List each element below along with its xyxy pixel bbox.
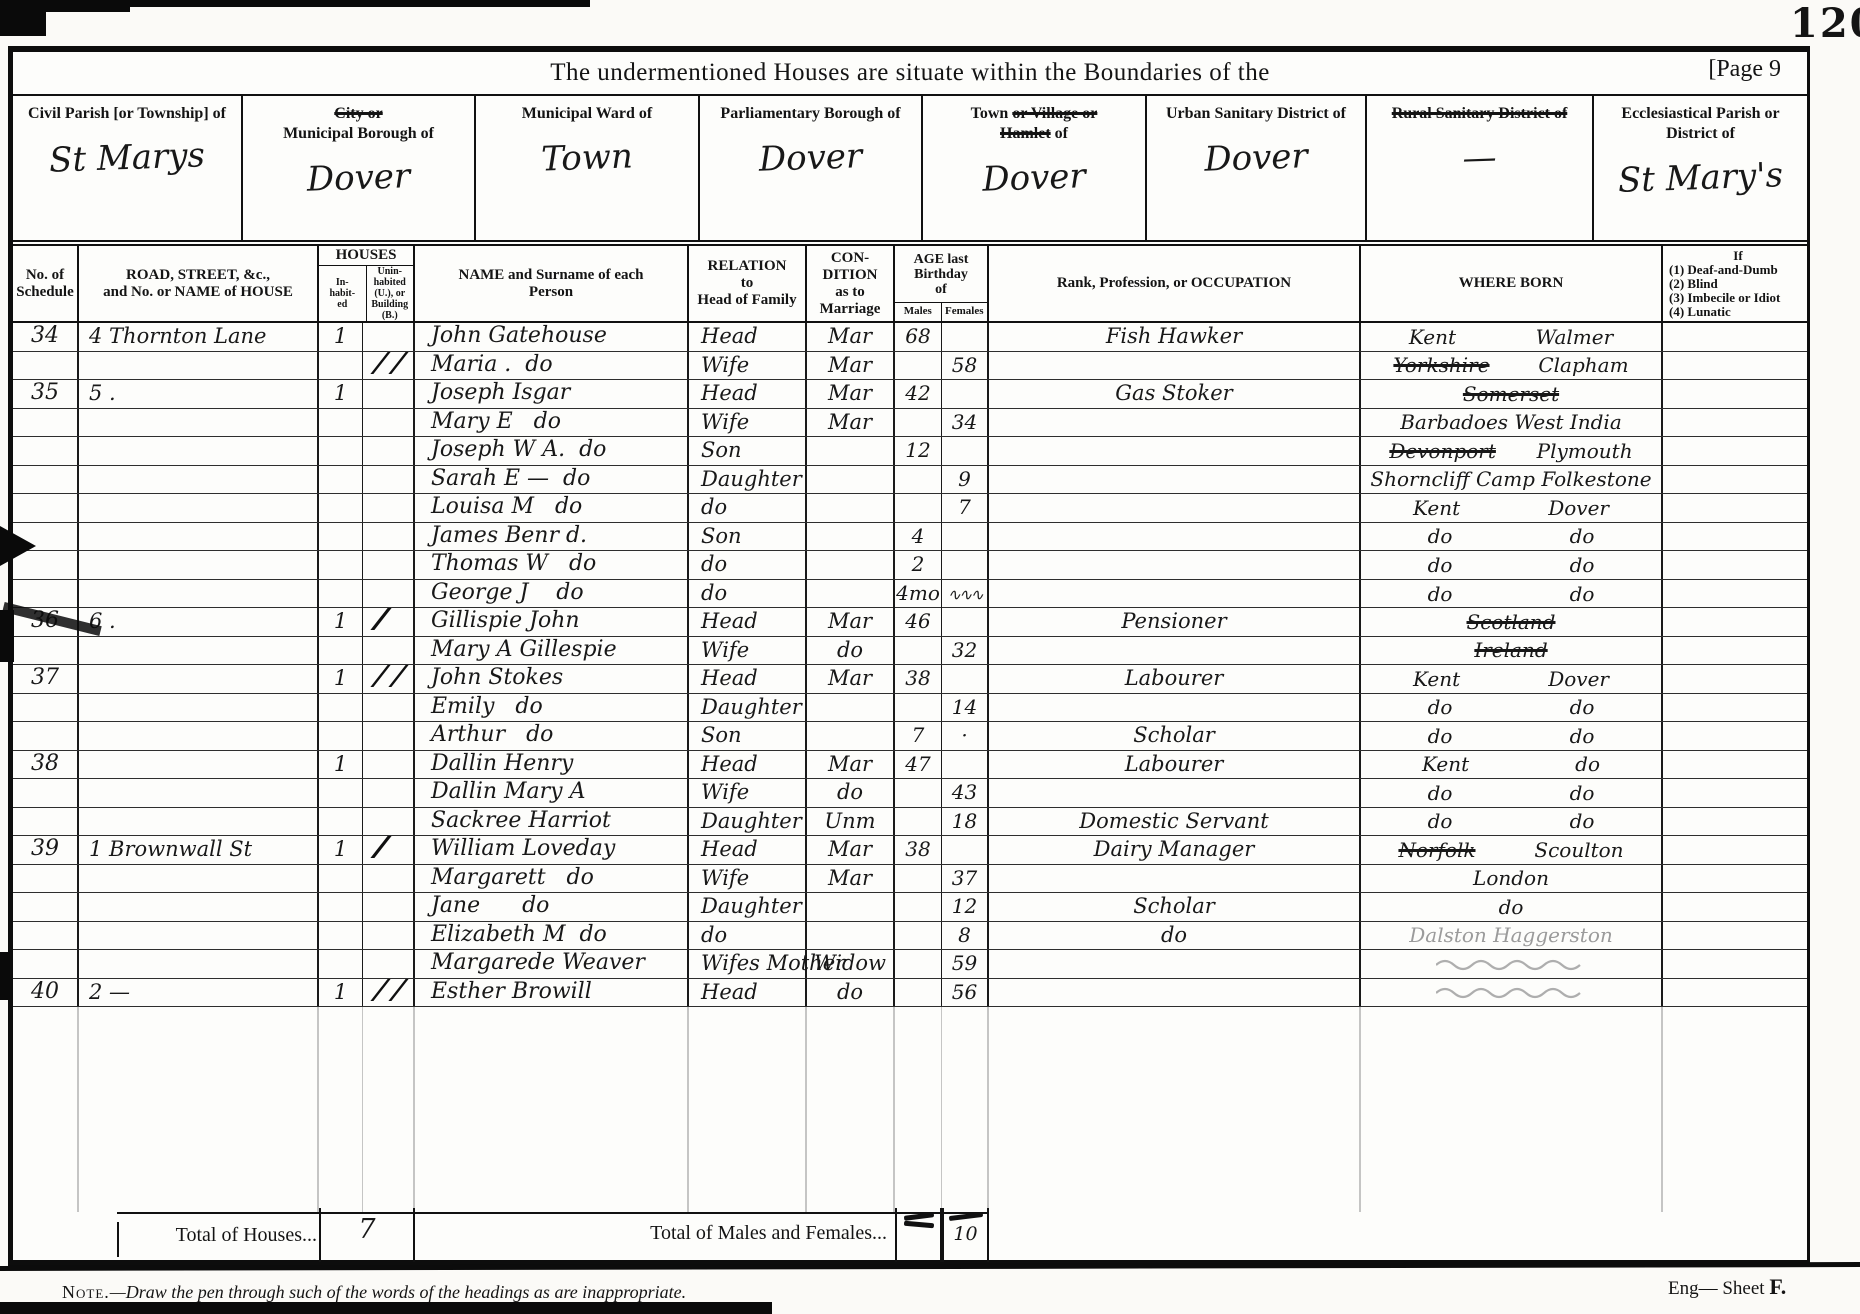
district-cell-5: Urban Sanitary District ofDover — [1147, 96, 1367, 240]
uninhabited-cell — [363, 380, 415, 408]
table-row: 355 .1Joseph IsgarHeadMar42Gas StokerSom… — [13, 380, 1807, 409]
table-row: 344 Thornton Lane1John GatehouseHeadMar6… — [13, 323, 1807, 352]
road-cell: 1 Brownwall St — [79, 836, 319, 864]
district-label-line: District of — [1594, 124, 1807, 144]
district-cell-1: City orMunicipal Borough ofDover — [243, 96, 476, 240]
district-cell-6: Rural Sanitary District of— — [1367, 96, 1594, 240]
relation-cell: Wife — [689, 865, 807, 893]
condition-cell — [807, 580, 895, 608]
age-female-cell: 43 — [942, 779, 989, 807]
road-cell — [79, 637, 319, 665]
condition-cell — [807, 494, 895, 522]
banner: The undermentioned Houses are situate wi… — [13, 52, 1807, 96]
inhabited-cell: 1 — [319, 380, 363, 408]
col-condition-header: CON-DITIONas toMarriage — [807, 246, 895, 321]
schedule-cell: 40 — [13, 979, 79, 1007]
inhabited-cell: 1 — [319, 751, 363, 779]
infirmity-cell — [1663, 808, 1807, 836]
road-cell — [79, 580, 319, 608]
uninhabited-cell — [363, 865, 415, 893]
schedule-cell: 37 — [13, 665, 79, 693]
infirmity-cell — [1663, 352, 1807, 380]
col-houses-header: HOUSES In-habit-ed Unin-habited(U.), orB… — [319, 246, 415, 321]
age-male-cell: 47 — [895, 751, 942, 779]
occupation-cell — [989, 551, 1361, 579]
age-female-cell: 58 — [942, 352, 989, 380]
name-cell: Louisa M do — [415, 494, 689, 522]
age-male-cell: 4 — [895, 523, 942, 551]
name-cell: Emily do — [415, 694, 689, 722]
occupation-cell: Scholar — [989, 893, 1361, 921]
uninhabited-cell — [363, 722, 415, 750]
district-cell-label: Urban Sanitary District of — [1147, 104, 1365, 124]
name-cell: John Stokes — [415, 665, 689, 693]
name-cell: Margarede Weaver — [415, 950, 689, 978]
inhabited-cell — [319, 551, 363, 579]
corner-page-number: 120 — [1790, 0, 1860, 47]
occupation-cell — [989, 466, 1361, 494]
whereborn-cell: dodo — [1361, 779, 1663, 807]
col-females-header: Females — [942, 303, 988, 321]
inhabited-cell — [319, 950, 363, 978]
condition-cell: Mar — [807, 352, 895, 380]
page-label: [Page 9 — [1708, 56, 1781, 83]
whereborn-cell: dodo — [1361, 523, 1663, 551]
inhabited-cell — [319, 893, 363, 921]
age-female-cell: 14 — [942, 694, 989, 722]
condition-cell — [807, 523, 895, 551]
col-uninhabited-header: Unin-habited(U.), orBuilding(B.) — [367, 266, 414, 321]
col-occupation-header: Rank, Profession, or OCCUPATION — [989, 246, 1361, 321]
relation-cell: Wife — [689, 779, 807, 807]
uninhabited-cell — [363, 580, 415, 608]
condition-cell: Mar — [807, 665, 895, 693]
infirmity-cell — [1663, 979, 1807, 1007]
inhabited-cell — [319, 466, 363, 494]
age-female-cell: 59 — [942, 950, 989, 978]
age-male-cell: 68 — [895, 323, 942, 351]
age-male-cell — [895, 352, 942, 380]
whereborn-cell: Kentdo — [1361, 751, 1663, 779]
sheet-label: Eng— Sheet F. — [1668, 1274, 1786, 1300]
blank-column-f — [942, 1007, 989, 1212]
relation-cell: do — [689, 580, 807, 608]
name-cell: Joseph W A. do — [415, 437, 689, 465]
district-label-line: Hamlet of — [923, 124, 1145, 144]
footnote: Note.—Draw the pen through such of the w… — [62, 1282, 686, 1303]
inhabited-cell: 1 — [319, 836, 363, 864]
uninhabited-cell — [363, 523, 415, 551]
whereborn-cell: London — [1361, 865, 1663, 893]
col-males-header: Males — [895, 303, 942, 321]
road-cell: 6 . — [79, 608, 319, 636]
table-row: 366 .1Gillispie JohnHeadMar46PensionerSc… — [13, 608, 1807, 637]
relation-cell: Daughter — [689, 808, 807, 836]
uninhabited-cell — [363, 494, 415, 522]
uninhabited-cell — [363, 637, 415, 665]
infirmity-cell — [1663, 779, 1807, 807]
district-cell-value: Dover — [922, 154, 1145, 202]
district-cell-label: Municipal Ward of — [476, 104, 698, 124]
name-cell: Maria . do — [415, 352, 689, 380]
district-cell-value: St Mary's — [1593, 154, 1807, 201]
infirmity-cell — [1663, 494, 1807, 522]
schedule-cell — [13, 409, 79, 437]
uninhabited-cell — [363, 893, 415, 921]
whereborn-cell: NorfolkScoulton — [1361, 836, 1663, 864]
table-row: Margarett doWifeMar37London — [13, 865, 1807, 894]
table-row: Dallin Mary AWifedo43dodo — [13, 779, 1807, 808]
age-female-cell: · — [942, 722, 989, 750]
age-male-cell: 38 — [895, 836, 942, 864]
inhabited-cell: 1 — [319, 323, 363, 351]
total-houses-value: 7 — [319, 1208, 415, 1262]
age-female-cell — [942, 437, 989, 465]
infirmity-cell — [1663, 865, 1807, 893]
relation-cell: Head — [689, 323, 807, 351]
age-male-cell — [895, 808, 942, 836]
whereborn-cell: Somerset — [1361, 380, 1663, 408]
infirmity-cell — [1663, 893, 1807, 921]
condition-cell — [807, 551, 895, 579]
scan-streak-top — [130, 0, 590, 7]
relation-cell: Head — [689, 836, 807, 864]
pencil-scribble — [1436, 956, 1586, 972]
age-male-cell — [895, 694, 942, 722]
occupation-cell: Domestic Servant — [989, 808, 1361, 836]
district-cell-value: Dover — [1146, 134, 1365, 182]
condition-cell — [807, 922, 895, 950]
infirmity-cell — [1663, 751, 1807, 779]
road-cell — [79, 779, 319, 807]
condition-cell: Mar — [807, 865, 895, 893]
inhabited-cell — [319, 580, 363, 608]
age-female-cell: 32 — [942, 637, 989, 665]
blank-column-m — [895, 1007, 942, 1212]
schedule-cell — [13, 722, 79, 750]
uninhabited-cell — [363, 466, 415, 494]
occupation-cell — [989, 409, 1361, 437]
table-row: Maria . doWifeMar58YorkshireClapham — [13, 352, 1807, 381]
schedule-cell — [13, 352, 79, 380]
inhabited-cell — [319, 808, 363, 836]
table-body: 344 Thornton Lane1John GatehouseHeadMar6… — [13, 323, 1807, 1007]
occupation-cell: Fish Hawker — [989, 323, 1361, 351]
name-cell: John Gatehouse — [415, 323, 689, 351]
scan-marks-left — [0, 952, 10, 1000]
infirmity-cell — [1663, 437, 1807, 465]
table-row: 381Dallin HenryHeadMar47LabourerKentdo — [13, 751, 1807, 780]
name-cell: Mary E do — [415, 409, 689, 437]
age-male-cell — [895, 409, 942, 437]
age-male-cell: 42 — [895, 380, 942, 408]
col-schedule-header: No. of Schedule — [13, 246, 79, 321]
schedule-cell: 34 — [13, 323, 79, 351]
infirmity-cell — [1663, 551, 1807, 579]
condition-cell: do — [807, 979, 895, 1007]
whereborn-cell: KentDover — [1361, 665, 1663, 693]
age-female-cell: 56 — [942, 979, 989, 1007]
age-female-cell — [942, 551, 989, 579]
road-cell — [79, 523, 319, 551]
inhabited-cell — [319, 352, 363, 380]
district-label-line: Rural Sanitary District of — [1367, 104, 1592, 124]
infirmity-cell — [1663, 836, 1807, 864]
schedule-cell: 38 — [13, 751, 79, 779]
occupation-cell: Gas Stoker — [989, 380, 1361, 408]
uninhabited-cell — [363, 751, 415, 779]
infirmity-cell — [1663, 665, 1807, 693]
table-row: Joseph W A. doSon12DevonportPlymouth — [13, 437, 1807, 466]
relation-cell: Head — [689, 751, 807, 779]
schedule-cell: 39 — [13, 836, 79, 864]
total-mf-label: Total of Males and Females... — [415, 1222, 893, 1245]
road-cell — [79, 865, 319, 893]
table-row: Mary A GillespieWifedo32Ireland — [13, 637, 1807, 666]
relation-cell: Wife — [689, 352, 807, 380]
district-label-line: Urban Sanitary District of — [1147, 104, 1365, 124]
age-male-cell — [895, 922, 942, 950]
road-cell — [79, 494, 319, 522]
occupation-cell — [989, 950, 1361, 978]
uninhabited-cell — [363, 922, 415, 950]
infirmity-cell — [1663, 323, 1807, 351]
name-cell: Dallin Mary A — [415, 779, 689, 807]
condition-cell: Mar — [807, 409, 895, 437]
inhabited-cell — [319, 437, 363, 465]
age-female-cell — [942, 323, 989, 351]
occupation-cell — [989, 779, 1361, 807]
whereborn-cell — [1361, 979, 1663, 1007]
condition-cell: Mar — [807, 323, 895, 351]
road-cell — [79, 808, 319, 836]
whereborn-cell — [1361, 950, 1663, 978]
occupation-cell: Pensioner — [989, 608, 1361, 636]
census-table-frame: The undermentioned Houses are situate wi… — [8, 46, 1810, 1266]
whereborn-cell: dodo — [1361, 694, 1663, 722]
condition-cell — [807, 722, 895, 750]
blank-column-name — [415, 1007, 689, 1212]
relation-cell: do — [689, 551, 807, 579]
uninhabited-cell — [363, 779, 415, 807]
age-male-cell — [895, 950, 942, 978]
name-cell: Mary A Gillespie — [415, 637, 689, 665]
total-females-tally: 10 — [942, 1208, 989, 1262]
name-cell: Jane do — [415, 893, 689, 921]
district-cell-3: Parliamentary Borough ofDover — [700, 96, 923, 240]
age-female-cell: 34 — [942, 409, 989, 437]
district-label-line: City or — [243, 104, 474, 124]
whereborn-cell: KentWalmer — [1361, 323, 1663, 351]
scan-strip-bottom — [0, 1302, 772, 1314]
schedule-cell — [13, 551, 79, 579]
whereborn-cell: Scotland — [1361, 608, 1663, 636]
col-whereborn-header: WHERE BORN — [1361, 246, 1663, 321]
occupation-cell — [989, 637, 1361, 665]
table-row: 371John StokesHeadMar38LabourerKentDover — [13, 665, 1807, 694]
whereborn-cell: Barbadoes West India — [1361, 409, 1663, 437]
relation-cell: Wife — [689, 637, 807, 665]
condition-cell — [807, 893, 895, 921]
schedule-cell — [13, 808, 79, 836]
whereborn-cell: YorkshireClapham — [1361, 352, 1663, 380]
schedule-cell — [13, 637, 79, 665]
infirmity-cell — [1663, 466, 1807, 494]
table-row: Arthur doSon7·Scholardodo — [13, 722, 1807, 751]
relation-cell: Son — [689, 437, 807, 465]
infirmity-cell — [1663, 637, 1807, 665]
inhabited-cell: 1 — [319, 608, 363, 636]
name-cell: James Benr d. — [415, 523, 689, 551]
relation-cell: Daughter — [689, 893, 807, 921]
condition-cell: Mar — [807, 751, 895, 779]
relation-cell: Daughter — [689, 694, 807, 722]
age-female-cell: 12 — [942, 893, 989, 921]
district-cell-value: Dover — [242, 154, 474, 202]
blank-column-inh — [319, 1007, 363, 1212]
district-cell-0: Civil Parish [or Township] ofSt Marys — [13, 96, 243, 240]
blank-column-occ — [989, 1007, 1361, 1212]
district-label-line: Parliamentary Borough of — [700, 104, 921, 124]
age-male-cell: 2 — [895, 551, 942, 579]
occupation-cell — [989, 580, 1361, 608]
road-cell — [79, 950, 319, 978]
uninhabited-cell — [363, 409, 415, 437]
table-row: George J dodo4mo∿∿∿dodo — [13, 580, 1807, 609]
infirmity-cell — [1663, 722, 1807, 750]
occupation-cell — [989, 494, 1361, 522]
age-female-cell — [942, 380, 989, 408]
table-row: James Benr d.Son4dodo — [13, 523, 1807, 552]
age-female-cell: 8 — [942, 922, 989, 950]
condition-cell: do — [807, 779, 895, 807]
district-cell-label: City orMunicipal Borough of — [243, 104, 474, 144]
whereborn-cell: Dalston Haggerston — [1361, 922, 1663, 950]
road-cell — [79, 352, 319, 380]
table-row: 402 —1Esther BrowillHeaddo56 — [13, 979, 1807, 1008]
age-female-cell: ∿∿∿ — [942, 580, 989, 608]
relation-cell: Daughter — [689, 466, 807, 494]
schedule-cell — [13, 893, 79, 921]
road-cell — [79, 551, 319, 579]
name-cell: Margarett do — [415, 865, 689, 893]
condition-cell: Unm — [807, 808, 895, 836]
occupation-cell: Labourer — [989, 751, 1361, 779]
occupation-cell: Labourer — [989, 665, 1361, 693]
infirmity-cell — [1663, 523, 1807, 551]
inhabited-cell — [319, 409, 363, 437]
condition-cell: Mar — [807, 836, 895, 864]
total-houses-label: Total of Houses... — [117, 1222, 317, 1257]
inhabited-cell — [319, 722, 363, 750]
relation-cell: Head — [689, 665, 807, 693]
relation-cell: Son — [689, 722, 807, 750]
infirmity-cell — [1663, 380, 1807, 408]
district-label-line: Ecclesiastical Parish or — [1594, 104, 1807, 124]
table-row: Elizabeth M dodo8doDalston Haggerston — [13, 922, 1807, 951]
table-row: Thomas W dodo2dodo — [13, 551, 1807, 580]
inhabited-cell — [319, 922, 363, 950]
schedule-cell — [13, 865, 79, 893]
inhabited-cell — [319, 694, 363, 722]
name-cell: Gillispie John — [415, 608, 689, 636]
whereborn-cell: dodo — [1361, 551, 1663, 579]
relation-cell: Head — [689, 608, 807, 636]
condition-cell: Widow — [807, 950, 895, 978]
district-cell-label: Ecclesiastical Parish orDistrict of — [1594, 104, 1807, 144]
district-cell-value: St Marys — [12, 134, 241, 182]
whereborn-cell: dodo — [1361, 808, 1663, 836]
inhabited-cell — [319, 523, 363, 551]
district-header: Civil Parish [or Township] ofSt MarysCit… — [13, 96, 1807, 242]
schedule-cell — [13, 494, 79, 522]
blank-column-born — [1361, 1007, 1663, 1212]
name-cell: Joseph Isgar — [415, 380, 689, 408]
road-cell — [79, 694, 319, 722]
relation-cell: Head — [689, 979, 807, 1007]
column-headers: No. of Schedule ROAD, STREET, &c., and N… — [13, 244, 1807, 323]
uninhabited-cell — [363, 694, 415, 722]
road-cell — [79, 665, 319, 693]
district-cell-7: Ecclesiastical Parish orDistrict ofSt Ma… — [1594, 96, 1807, 240]
age-male-cell — [895, 865, 942, 893]
scan-bar-left — [0, 610, 14, 662]
relation-cell: Wife — [689, 409, 807, 437]
age-male-cell — [895, 979, 942, 1007]
schedule-cell — [13, 694, 79, 722]
relation-cell: do — [689, 494, 807, 522]
name-cell: Arthur do — [415, 722, 689, 750]
road-cell — [79, 751, 319, 779]
name-cell: Thomas W do — [415, 551, 689, 579]
schedule-cell — [13, 779, 79, 807]
schedule-cell — [13, 950, 79, 978]
road-cell — [79, 437, 319, 465]
age-female-cell — [942, 608, 989, 636]
road-cell — [79, 893, 319, 921]
inhabited-cell — [319, 865, 363, 893]
occupation-cell — [989, 437, 1361, 465]
condition-cell — [807, 437, 895, 465]
age-male-cell: 4mo — [895, 580, 942, 608]
whereborn-cell: dodo — [1361, 580, 1663, 608]
whereborn-cell: Shorncliff Camp Folkestone — [1361, 466, 1663, 494]
road-cell: 5 . — [79, 380, 319, 408]
col-relation-header: RELATIONtoHead of Family — [689, 246, 807, 321]
whereborn-cell: DevonportPlymouth — [1361, 437, 1663, 465]
condition-cell — [807, 466, 895, 494]
road-cell: 2 — — [79, 979, 319, 1007]
ink-scribble: ∿∿∿ — [947, 585, 981, 604]
whereborn-cell: dodo — [1361, 722, 1663, 750]
name-cell: Dallin Henry — [415, 751, 689, 779]
name-cell: Elizabeth M do — [415, 922, 689, 950]
uninhabited-cell — [363, 323, 415, 351]
uninhabited-cell — [363, 551, 415, 579]
age-male-cell: 46 — [895, 608, 942, 636]
infirmity-cell — [1663, 409, 1807, 437]
condition-cell: Mar — [807, 380, 895, 408]
occupation-cell — [989, 865, 1361, 893]
road-cell — [79, 722, 319, 750]
infirmity-cell — [1663, 922, 1807, 950]
name-cell: Sackree Harriot — [415, 808, 689, 836]
condition-cell: do — [807, 637, 895, 665]
blank-column-cond — [807, 1007, 895, 1212]
age-female-cell — [942, 836, 989, 864]
table-row: Sackree HarriotDaughterUnm18Domestic Ser… — [13, 808, 1807, 837]
age-female-cell — [942, 751, 989, 779]
